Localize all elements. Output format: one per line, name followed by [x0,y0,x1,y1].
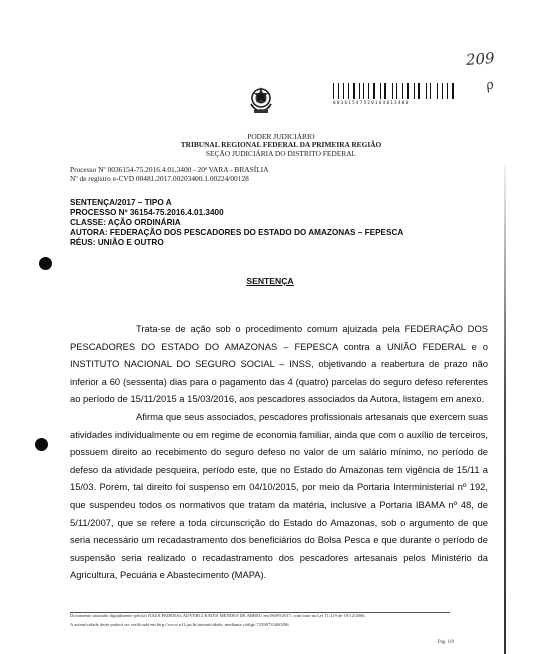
body-paragraph: Afirma que seus associados, pescadores p… [70,408,488,584]
barcode-digits: 00361547520164013400 [333,100,459,105]
footer: Documento assinado digitalmente pelo(a) … [70,613,460,627]
case-info-block: SENTENÇA/2017 – TIPO A PROCESSO Nº 36154… [70,198,403,248]
punch-hole-icon [35,438,48,451]
handwritten-page-number: 209 [465,49,495,69]
case-plaintiff: AUTORA: FEDERAÇÃO DOS PESCADORES DO ESTA… [70,228,403,238]
paragraph-text: Afirma que seus associados, pescadores p… [70,411,488,580]
barcode-icon [333,83,459,99]
court-header: PODER JUDICIÁRIO TRIBUNAL REGIONAL FEDER… [150,133,412,158]
case-class: CLASSE: AÇÃO ORDINÁRIA [70,218,403,228]
header-line-section: SEÇÃO JUDICIÁRIA DO DISTRITO FEDERAL [150,150,412,158]
authenticity-note: A autenticidade deste poderá ser verific… [70,622,460,628]
registry-number-line: Nº de registro e-CVD 00481.2017.00203400… [70,174,268,183]
coat-of-arms-icon [248,86,274,116]
body-paragraph: Trata-se de ação sob o procedimento comu… [70,320,488,408]
handwritten-initial-mark: ρ [484,77,496,94]
paragraph-text: Trata-se de ação sob o procedimento comu… [70,323,488,404]
page-edge-line [504,165,506,654]
punch-hole-icon [39,257,52,270]
page-number: Pag. 1/8 [438,640,454,645]
digital-signature-note: Documento assinado digitalmente pelo(a) … [70,613,460,619]
process-number-line: Processo Nº 0036154-75.2016.4.01.3400 - … [70,165,268,174]
document-title: SENTENÇA [0,276,540,286]
case-process-number: PROCESSO Nº 36154-75.2016.4.01.3400 [70,208,403,218]
case-defendants: RÉUS: UNIÃO E OUTRO [70,238,403,248]
sentence-type: SENTENÇA/2017 – TIPO A [70,198,403,208]
process-metadata: Processo Nº 0036154-75.2016.4.01.3400 - … [70,165,268,183]
document-page: 209 ρ 00361547520164013400 PODER JUDICIÁ… [0,0,540,654]
